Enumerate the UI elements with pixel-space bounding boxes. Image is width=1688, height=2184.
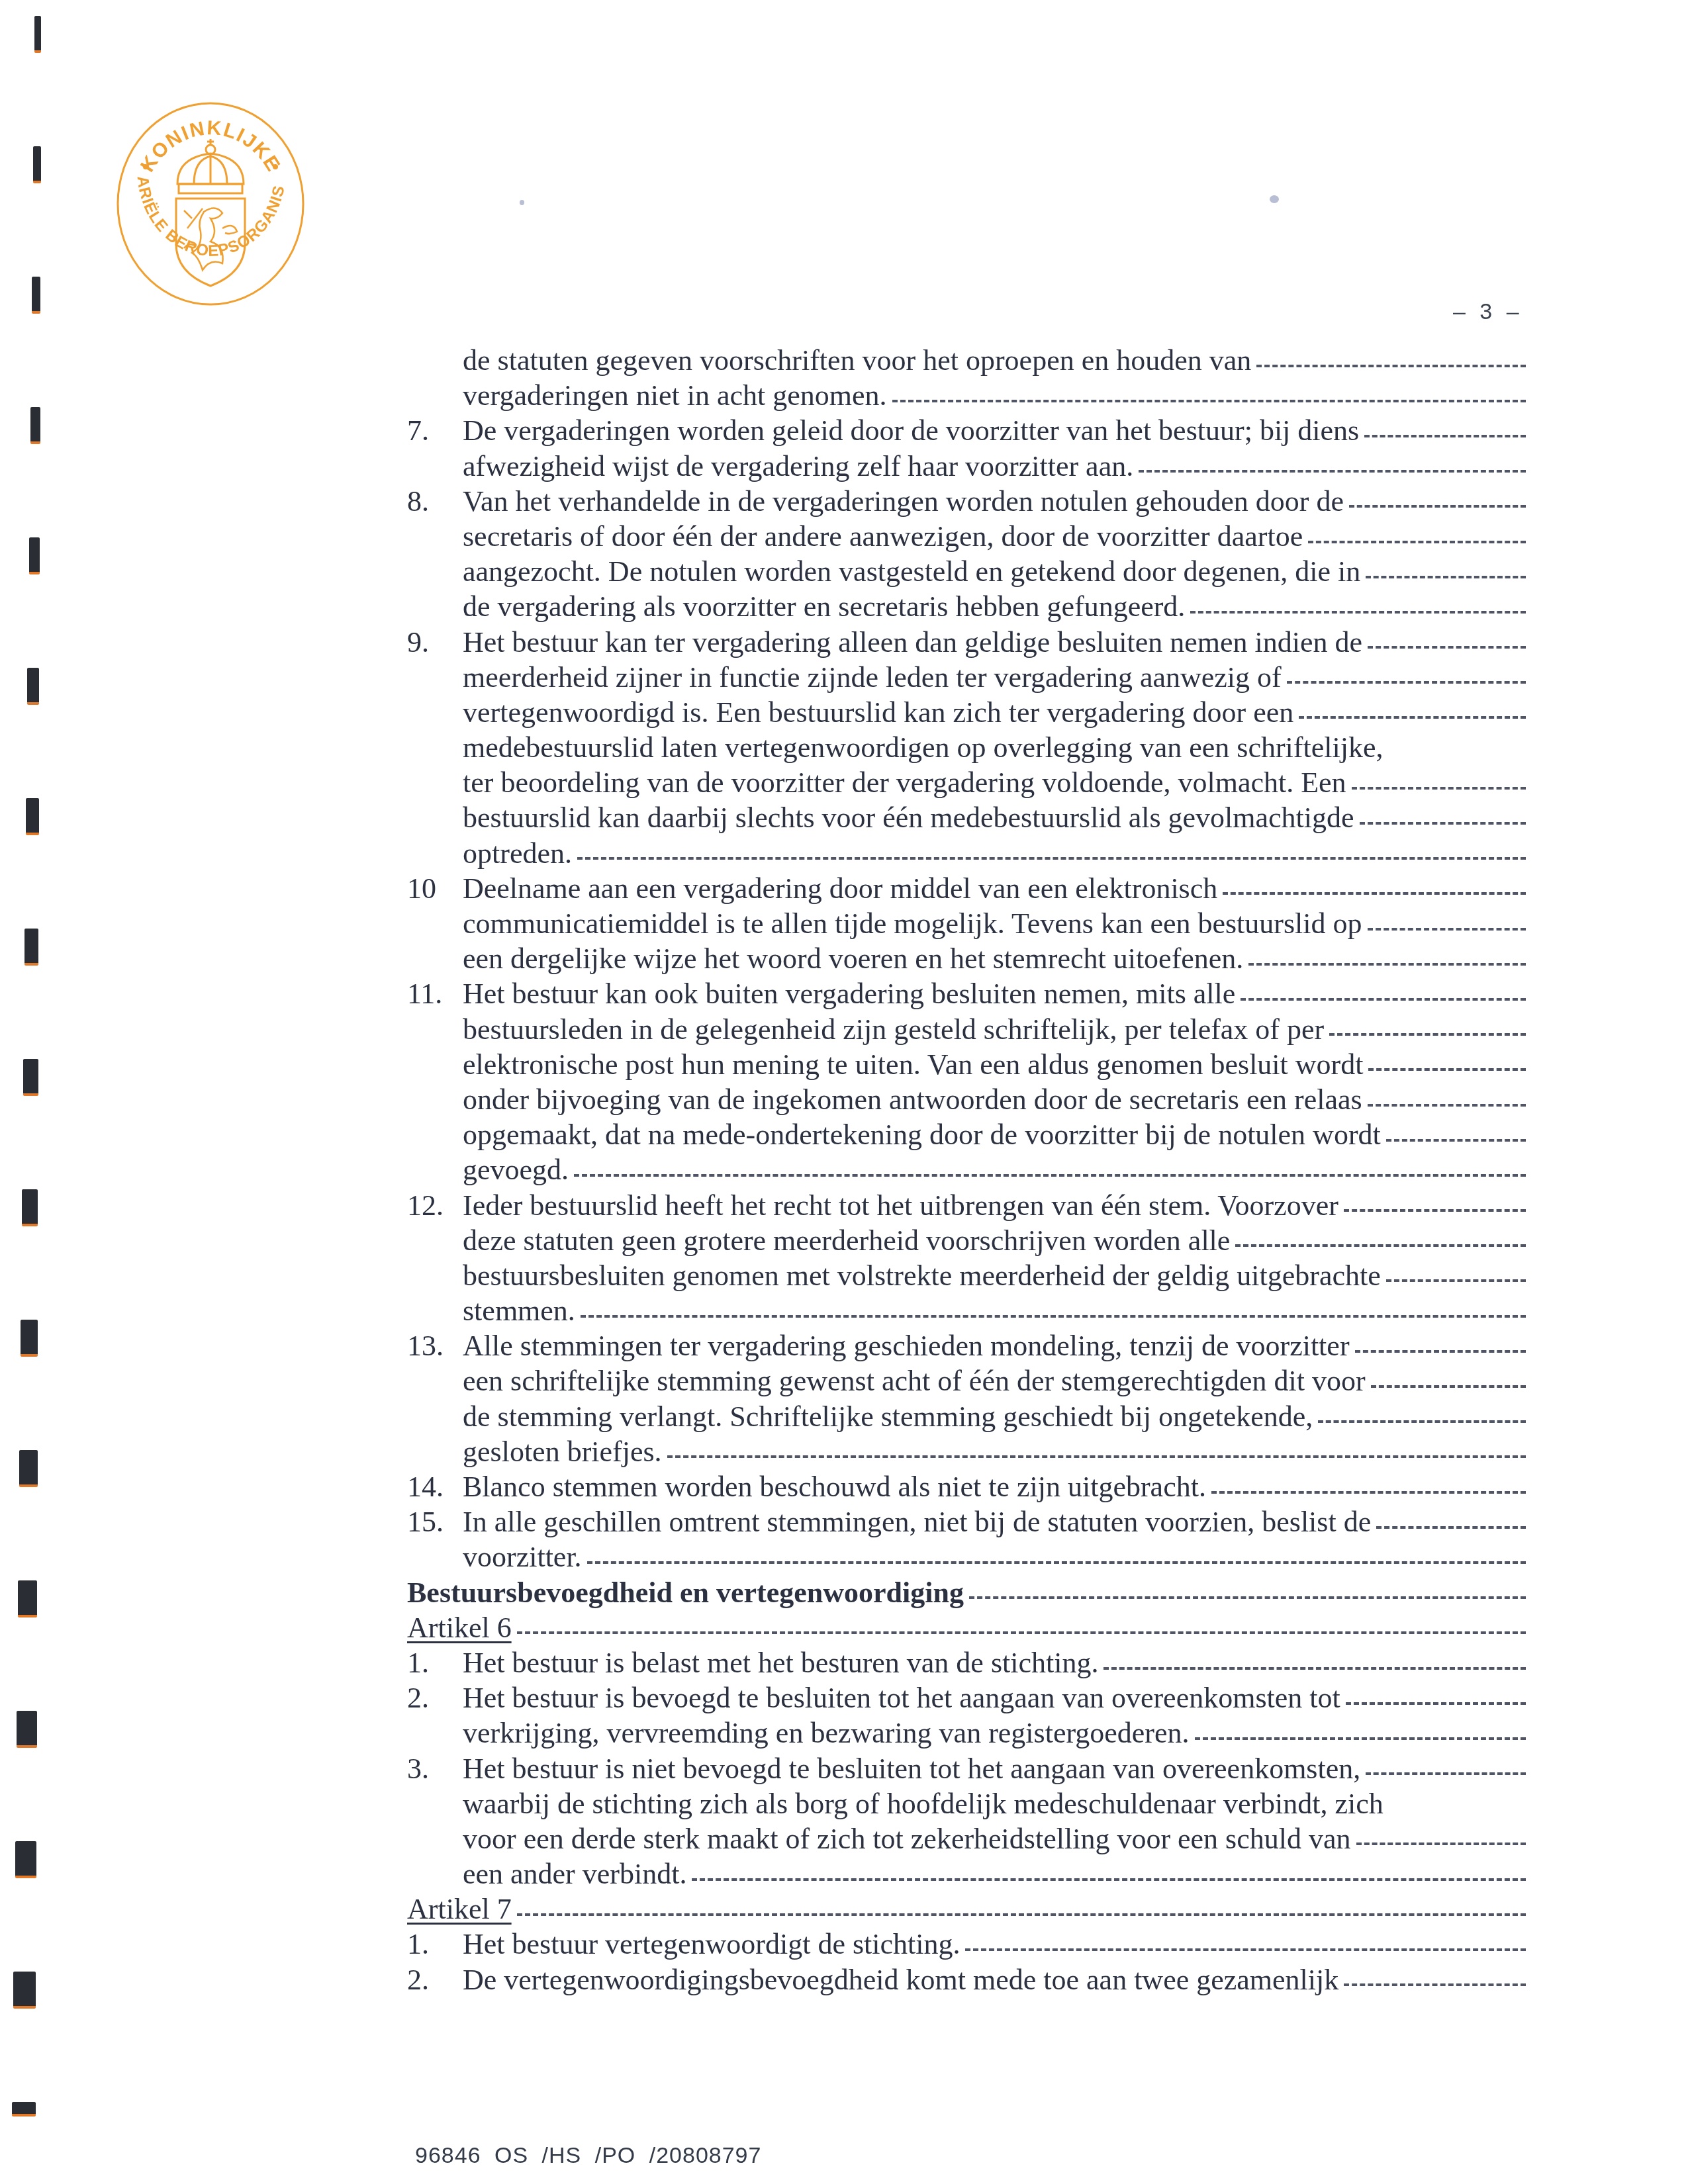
line-text: Blanco stemmen worden beschouwd als niet… [463,1469,1206,1504]
line-text: een ander verbindt. [463,1856,686,1891]
binding-hole-mark [12,2102,36,2116]
item-number: 2. [407,1680,463,1715]
dash-filler-line [1376,1526,1526,1529]
document-line: opgemaakt, dat na mede-ondertekening doo… [407,1117,1526,1152]
dash-filler-line [667,1455,1526,1458]
document-line: afwezigheid wijst de vergadering zelf ha… [407,449,1526,484]
dash-filler-line [1366,1772,1526,1775]
seal-emblem-icon: KONINKLIJKE NOTARIËLE BEROEPSORGANISATIE [111,99,310,308]
dash-filler-line [517,1631,1526,1634]
document-line: 13.Alle stemmingen ter vergadering gesch… [407,1328,1526,1363]
document-line: 10Deelname aan een vergadering door midd… [407,871,1526,906]
dash-filler-line [969,1596,1526,1599]
item-number: 8. [407,484,463,519]
dash-filler-line [1368,1068,1526,1071]
document-reference-code: 96846 OS /HS /PO /20808797 [415,2143,761,2169]
dash-filler-line [892,400,1526,402]
binding-hole-mark [26,798,39,835]
line-text: gevoegd. [463,1152,569,1187]
line-text: opgemaakt, dat na mede-ondertekening doo… [463,1117,1381,1152]
binding-hole-mark [13,1972,36,2009]
document-line: stemmen. [407,1293,1526,1328]
line-text: communicatiemiddel is te allen tijde mog… [463,906,1362,941]
dash-filler-line [1329,1033,1526,1036]
item-number: 7. [407,413,463,448]
document-line: verkrijging, vervreemding en bezwaring v… [407,1715,1526,1751]
document-line: medebestuurslid laten vertegenwoordigen … [407,730,1526,765]
dash-filler-line [1195,1737,1526,1740]
dash-filler-line [1368,646,1526,649]
document-line: de statuten gegeven voorschriften voor h… [407,343,1526,378]
document-line: een ander verbindt. [407,1856,1526,1891]
line-text: Artikel 7 [407,1891,512,1927]
article-heading: Artikel 7 [407,1891,1526,1927]
line-text: aangezocht. De notulen worden vastgestel… [463,554,1360,589]
document-line: 2.Het bestuur is bevoegd te besluiten to… [407,1680,1526,1715]
document-line: 8.Van het verhandelde in de vergaderinge… [407,484,1526,519]
dash-filler-line [1355,1350,1526,1353]
line-text: waarbij de stichting zich als borg of ho… [463,1786,1383,1821]
line-text: Artikel 6 [407,1610,512,1645]
document-body: de statuten gegeven voorschriften voor h… [407,343,1526,1997]
line-text: optreden. [463,836,572,871]
item-number: 3. [407,1751,463,1786]
line-text: voorzitter. [463,1539,582,1574]
document-line: 15.In alle geschillen omtrent stemmingen… [407,1504,1526,1539]
item-number: 1. [407,1927,463,1962]
dash-filler-line [1386,1139,1526,1142]
line-text: bestuursleden in de gelegenheid zijn ges… [463,1012,1324,1047]
item-number: 11. [407,976,463,1011]
line-text: afwezigheid wijst de vergadering zelf ha… [463,449,1133,484]
document-line: bestuurslid kan daarbij slechts voor één… [407,800,1526,835]
line-text: bestuursbesluiten genomen met volstrekte… [463,1258,1381,1293]
binding-hole-mark [29,537,40,574]
dash-filler-line [1190,611,1526,614]
line-text: vertegenwoordigd is. Een bestuurslid kan… [463,695,1293,730]
dash-filler-line [587,1561,1526,1564]
notary-seal: KONINKLIJKE NOTARIËLE BEROEPSORGANISATIE [111,99,310,308]
dash-filler-line [692,1878,1526,1881]
dash-filler-line [1349,505,1526,508]
item-number: 13. [407,1328,463,1363]
line-text: verkrijging, vervreemding en bezwaring v… [463,1715,1190,1751]
document-line: de vergadering als voorzitter en secreta… [407,589,1526,624]
line-text: Deelname aan een vergadering door middel… [463,871,1217,906]
line-text: medebestuurslid laten vertegenwoordigen … [463,730,1383,765]
line-text: Het bestuur is bevoegd te besluiten tot … [463,1680,1340,1715]
line-text: Ieder bestuurslid heeft het recht tot he… [463,1188,1338,1223]
dash-filler-line [1356,1843,1526,1845]
document-line: 11.Het bestuur kan ook buiten vergaderin… [407,976,1526,1011]
document-line: 1.Het bestuur vertegenwoordigt de sticht… [407,1927,1526,1962]
dash-filler-line [1241,998,1526,1001]
line-text: deze statuten geen grotere meerderheid v… [463,1223,1230,1258]
document-line: 2.De vertegenwoordigingsbevoegdheid komt… [407,1962,1526,1997]
dash-filler-line [1344,1983,1526,1986]
binding-marks [0,0,53,2184]
binding-hole-mark [32,277,40,314]
line-text: voor een derde sterk maakt of zich tot z… [463,1821,1351,1856]
item-number: 15. [407,1504,463,1539]
binding-hole-mark [27,668,39,705]
line-text: ter beoordeling van de voorzitter der ve… [463,765,1346,800]
line-text: In alle geschillen omtrent stemmingen, n… [463,1504,1371,1539]
document-line: 9.Het bestuur kan ter vergadering alleen… [407,625,1526,660]
dash-filler-line [1344,1209,1526,1212]
dash-filler-line [1371,1385,1526,1388]
dash-filler-line [1360,822,1526,825]
item-number: 14. [407,1469,463,1504]
line-text: De vertegenwoordigingsbevoegdheid komt m… [463,1962,1338,1997]
document-line: elektronische post hun mening te uiten. … [407,1047,1526,1082]
binding-hole-mark [34,16,41,53]
document-line: gevoegd. [407,1152,1526,1187]
document-line: vergaderingen niet in acht genomen. [407,378,1526,413]
document-line: een schriftelijke stemming gewenst acht … [407,1363,1526,1398]
line-text: de vergadering als voorzitter en secreta… [463,589,1185,624]
document-line: bestuursleden in de gelegenheid zijn ges… [407,1012,1526,1047]
document-line: onder bijvoeging van de ingekomen antwoo… [407,1082,1526,1117]
dash-filler-line [577,857,1526,860]
scan-speck [520,200,524,205]
document-line: de stemming verlangt. Schriftelijke stem… [407,1399,1526,1434]
binding-hole-mark [33,146,41,183]
dash-filler-line [1386,1279,1526,1282]
line-text: een dergelijke wijze het woord voeren en… [463,941,1243,976]
dash-filler-line [1248,963,1526,966]
dash-filler-line [1346,1702,1526,1705]
dash-filler-line [1308,541,1526,543]
line-text: stemmen. [463,1293,575,1328]
line-text: secretaris of door één der andere aanwez… [463,519,1303,554]
item-number: 10 [407,871,463,906]
line-text: Het bestuur kan ter vergadering alleen d… [463,625,1362,660]
page-number: – 3 – [1453,299,1523,325]
line-text: de statuten gegeven voorschriften voor h… [463,343,1251,378]
document-line: 12.Ieder bestuurslid heeft het recht tot… [407,1188,1526,1223]
document-line: deze statuten geen grotere meerderheid v… [407,1223,1526,1258]
dash-filler-line [1364,435,1526,437]
dash-filler-line [1287,681,1526,684]
dash-filler-line [1139,470,1526,473]
dash-filler-line [1318,1420,1526,1423]
line-text: de stemming verlangt. Schriftelijke stem… [463,1399,1313,1434]
line-text: Van het verhandelde in de vergaderingen … [463,484,1344,519]
document-line: een dergelijke wijze het woord voeren en… [407,941,1526,976]
document-line: ter beoordeling van de voorzitter der ve… [407,765,1526,800]
line-text: elektronische post hun mening te uiten. … [463,1047,1363,1082]
section-heading: Bestuursbevoegdheid en vertegenwoordigin… [407,1575,1526,1610]
document-line: 3.Het bestuur is niet bevoegd te besluit… [407,1751,1526,1786]
dash-filler-line [1223,892,1526,895]
dash-filler-line [1235,1244,1526,1247]
document-line: meerderheid zijner in functie zijnde led… [407,660,1526,695]
document-line: communicatiemiddel is te allen tijde mog… [407,906,1526,941]
binding-hole-mark [17,1711,37,1748]
line-text: vergaderingen niet in acht genomen. [463,378,887,413]
dash-filler-line [965,1948,1526,1951]
line-text: bestuurslid kan daarbij slechts voor één… [463,800,1354,835]
binding-hole-mark [24,929,38,966]
document-line: 1.Het bestuur is belast met het besturen… [407,1645,1526,1680]
document-line: vertegenwoordigd is. Een bestuurslid kan… [407,695,1526,730]
line-text: onder bijvoeging van de ingekomen antwoo… [463,1082,1362,1117]
document-line: bestuursbesluiten genomen met volstrekte… [407,1258,1526,1293]
binding-hole-mark [15,1841,36,1878]
dash-filler-line [1366,576,1526,578]
item-number: 9. [407,625,463,660]
document-line: 14.Blanco stemmen worden beschouwd als n… [407,1469,1526,1504]
line-text: Het bestuur vertegenwoordigt de stichtin… [463,1927,960,1962]
line-text: Alle stemmingen ter vergadering geschied… [463,1328,1350,1363]
binding-hole-mark [30,407,40,444]
dash-filler-line [1299,716,1526,719]
binding-hole-mark [23,1059,38,1096]
document-line: waarbij de stichting zich als borg of ho… [407,1786,1526,1821]
item-number: 1. [407,1645,463,1680]
dash-filler-line [574,1174,1526,1177]
dash-filler-line [1368,1104,1526,1107]
article-heading: Artikel 6 [407,1610,1526,1645]
line-text: Het bestuur kan ook buiten vergadering b… [463,976,1235,1011]
document-line: aangezocht. De notulen worden vastgestel… [407,554,1526,589]
binding-hole-mark [19,1450,38,1487]
line-text: een schriftelijke stemming gewenst acht … [463,1363,1366,1398]
document-line: voorzitter. [407,1539,1526,1574]
binding-hole-mark [22,1189,38,1226]
dash-filler-line [1211,1491,1526,1494]
line-text: gesloten briefjes. [463,1434,662,1469]
line-text: Bestuursbevoegdheid en vertegenwoordigin… [407,1575,964,1610]
dash-filler-line [1352,787,1526,790]
scan-speck [1270,195,1279,203]
item-number: 12. [407,1188,463,1223]
line-text: Het bestuur is belast met het besturen v… [463,1645,1098,1680]
document-line: optreden. [407,836,1526,871]
line-text: Het bestuur is niet bevoegd te besluiten… [463,1751,1360,1786]
document-line: 7.De vergaderingen worden geleid door de… [407,413,1526,448]
item-number: 2. [407,1962,463,1997]
document-line: secretaris of door één der andere aanwez… [407,519,1526,554]
document-line: gesloten briefjes. [407,1434,1526,1469]
binding-hole-mark [21,1320,38,1357]
dash-filler-line [1103,1667,1526,1670]
line-text: De vergaderingen worden geleid door de v… [463,413,1359,448]
dash-filler-line [1368,928,1526,931]
line-text: meerderheid zijner in functie zijnde led… [463,660,1282,695]
document-line: voor een derde sterk maakt of zich tot z… [407,1821,1526,1856]
dash-filler-line [581,1315,1526,1318]
dash-filler-line [1256,365,1526,367]
binding-hole-mark [18,1580,37,1617]
dash-filler-line [517,1913,1526,1916]
